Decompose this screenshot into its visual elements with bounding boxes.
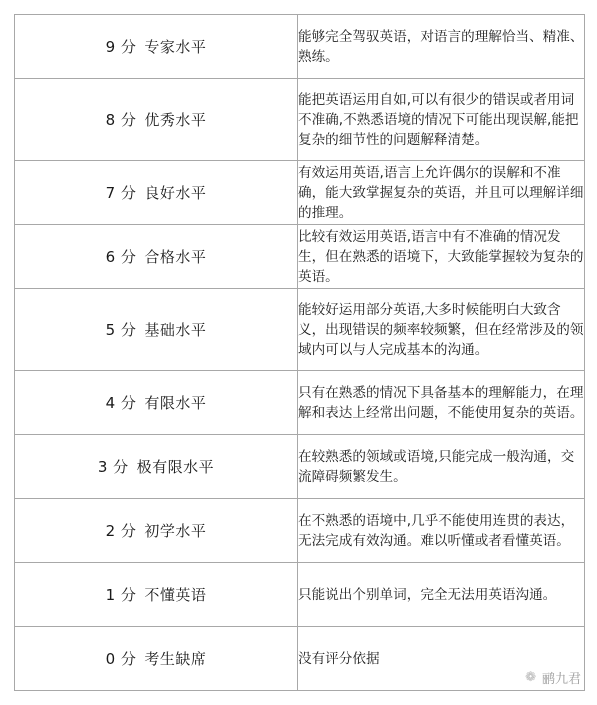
score-value: 7 分 bbox=[106, 184, 137, 202]
level-label: 极有限水平 bbox=[137, 458, 215, 476]
watermark: ❁ 鹂九君 bbox=[525, 668, 581, 687]
watermark-text: 鹂九君 bbox=[542, 668, 581, 687]
level-label: 考生缺席 bbox=[144, 650, 206, 668]
score-value: 0 分 bbox=[106, 650, 137, 668]
description-cell: 在不熟悉的语境中,几乎不能使用连贯的表达，无法完成有效沟通。难以听懂或者看懂英语… bbox=[298, 499, 585, 563]
score-value: 9 分 bbox=[106, 38, 137, 56]
table-row: 5 分基础水平能较好运用部分英语,大多时候能明白大致含义，出现错误的频率较频繁，… bbox=[15, 289, 585, 371]
description-cell: 只能说出个别单词，完全无法用英语沟通。 bbox=[298, 563, 585, 627]
level-label: 有限水平 bbox=[144, 394, 206, 412]
score-level-cell: 9 分专家水平 bbox=[15, 15, 298, 79]
table-row: 1 分不懂英语只能说出个别单词，完全无法用英语沟通。 bbox=[15, 563, 585, 627]
level-label: 专家水平 bbox=[144, 38, 206, 56]
description-cell: 有效运用英语,语言上允许偶尔的误解和不准确，能大致掌握复杂的英语，并且可以理解详… bbox=[298, 161, 585, 225]
score-value: 2 分 bbox=[106, 522, 137, 540]
score-level-cell: 0 分考生缺席 bbox=[15, 627, 298, 691]
table-row: 7 分良好水平有效运用英语,语言上允许偶尔的误解和不准确，能大致掌握复杂的英语，… bbox=[15, 161, 585, 225]
score-value: 3 分 bbox=[98, 458, 129, 476]
description-cell: 能较好运用部分英语,大多时候能明白大致含义，出现错误的频率较频繁，但在经常涉及的… bbox=[298, 289, 585, 371]
level-label: 良好水平 bbox=[144, 184, 206, 202]
level-label: 合格水平 bbox=[144, 248, 206, 266]
score-level-cell: 3 分极有限水平 bbox=[15, 435, 298, 499]
score-value: 5 分 bbox=[106, 321, 137, 339]
table-row: 3 分极有限水平在较熟悉的领域或语境,只能完成一般沟通，交流障碍频繁发生。 bbox=[15, 435, 585, 499]
level-label: 优秀水平 bbox=[144, 111, 206, 129]
score-level-cell: 4 分有限水平 bbox=[15, 371, 298, 435]
level-label: 不懂英语 bbox=[144, 586, 206, 604]
score-table-body: 9 分专家水平能够完全驾驭英语，对语言的理解恰当、精准、熟练。8 分优秀水平能把… bbox=[15, 15, 585, 691]
description-cell: 在较熟悉的领域或语境,只能完成一般沟通，交流障碍频繁发生。 bbox=[298, 435, 585, 499]
score-level-cell: 5 分基础水平 bbox=[15, 289, 298, 371]
description-cell: 只有在熟悉的情况下具备基本的理解能力，在理解和表达上经常出问题，不能使用复杂的英… bbox=[298, 371, 585, 435]
score-level-cell: 6 分合格水平 bbox=[15, 225, 298, 289]
score-level-cell: 1 分不懂英语 bbox=[15, 563, 298, 627]
description-cell: 能够完全驾驭英语，对语言的理解恰当、精准、熟练。 bbox=[298, 15, 585, 79]
score-value: 1 分 bbox=[106, 586, 137, 604]
score-level-cell: 7 分良好水平 bbox=[15, 161, 298, 225]
table-row: 9 分专家水平能够完全驾驭英语，对语言的理解恰当、精准、熟练。 bbox=[15, 15, 585, 79]
score-value: 8 分 bbox=[106, 111, 137, 129]
table-row: 2 分初学水平在不熟悉的语境中,几乎不能使用连贯的表达，无法完成有效沟通。难以听… bbox=[15, 499, 585, 563]
table-row: 6 分合格水平比较有效运用英语,语言中有不准确的情况发生，但在熟悉的语境下，大致… bbox=[15, 225, 585, 289]
table-row: 8 分优秀水平能把英语运用自如,可以有很少的错误或者用词不准确,不熟悉语境的情况… bbox=[15, 79, 585, 161]
score-value: 4 分 bbox=[106, 394, 137, 412]
score-value: 6 分 bbox=[106, 248, 137, 266]
description-cell: 能把英语运用自如,可以有很少的错误或者用词不准确,不熟悉语境的情况下可能出现误解… bbox=[298, 79, 585, 161]
level-label: 基础水平 bbox=[144, 321, 206, 339]
level-label: 初学水平 bbox=[144, 522, 206, 540]
description-cell: 比较有效运用英语,语言中有不准确的情况发生，但在熟悉的语境下，大致能掌握较为复杂… bbox=[298, 225, 585, 289]
score-level-cell: 2 分初学水平 bbox=[15, 499, 298, 563]
ielts-score-table: 9 分专家水平能够完全驾驭英语，对语言的理解恰当、精准、熟练。8 分优秀水平能把… bbox=[14, 14, 585, 691]
wechat-icon: ❁ bbox=[525, 670, 536, 685]
table-row: 0 分考生缺席没有评分依据 bbox=[15, 627, 585, 691]
score-level-cell: 8 分优秀水平 bbox=[15, 79, 298, 161]
table-row: 4 分有限水平只有在熟悉的情况下具备基本的理解能力，在理解和表达上经常出问题，不… bbox=[15, 371, 585, 435]
